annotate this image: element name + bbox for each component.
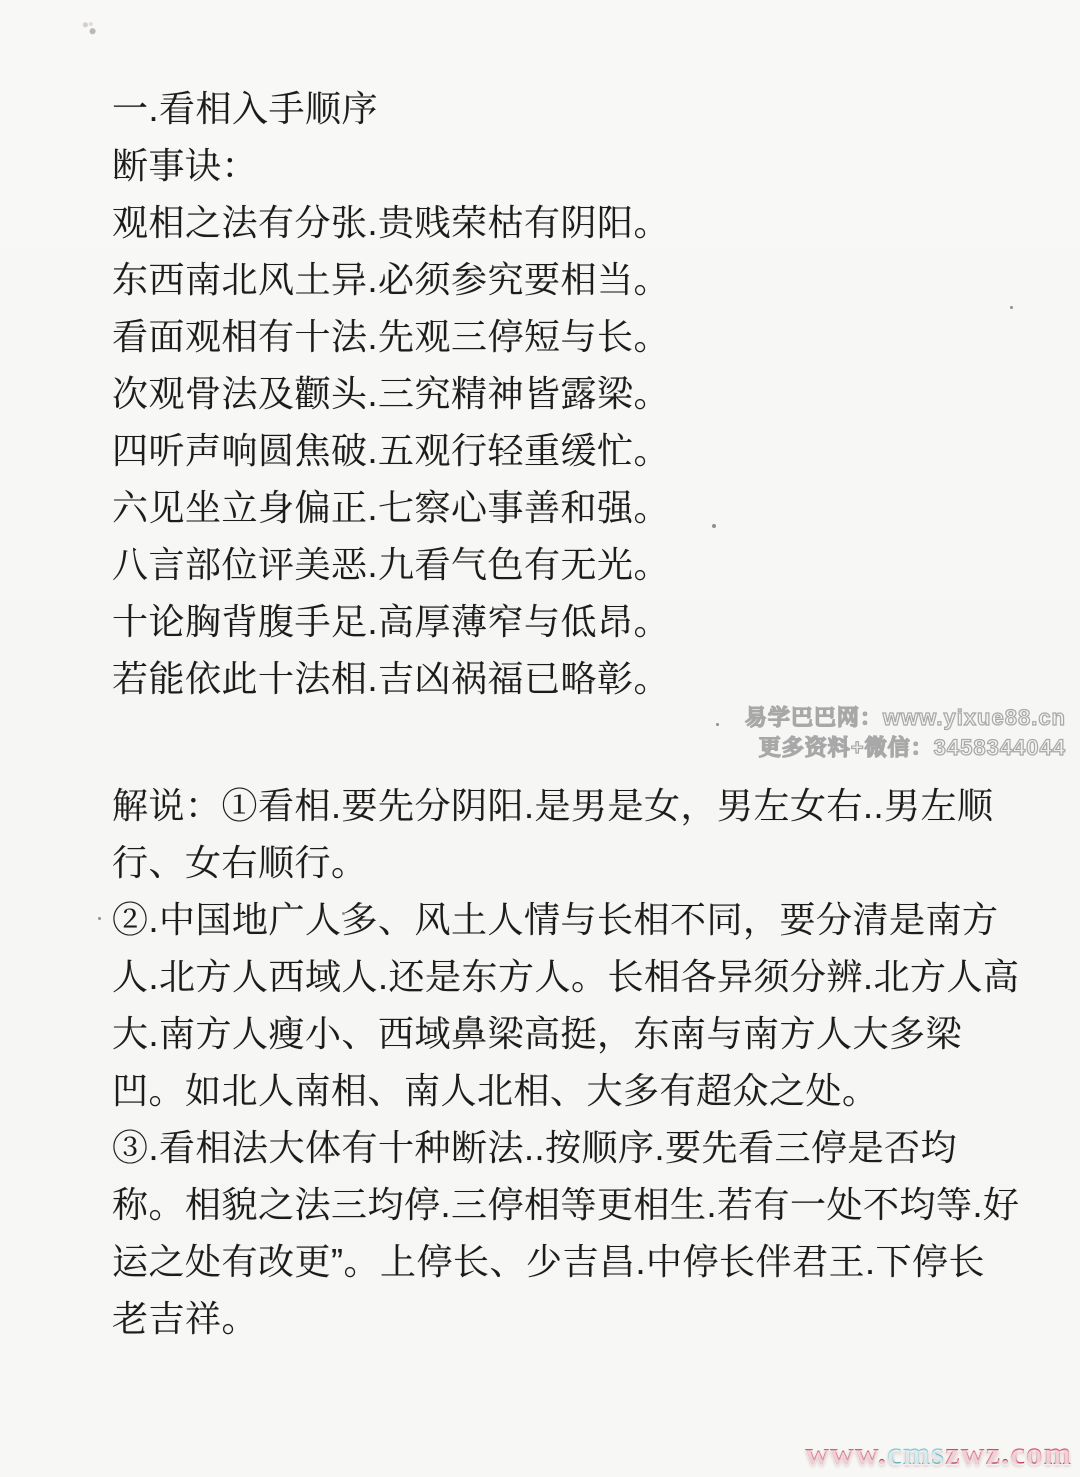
- scan-speck: [98, 917, 101, 920]
- poem-line: 观相之法有分张.贵贱荣枯有阴阳。: [112, 194, 1062, 251]
- url-watermark: www.cmszwz.com: [805, 1437, 1072, 1471]
- section-subtitle: 断事诀：: [112, 137, 1062, 194]
- poem-line: 看面观相有十法.先观三停短与长。: [112, 308, 1062, 365]
- poem-line: 八言部位评美恶.九看气色有无光。: [112, 536, 1062, 593]
- poem-block: 观相之法有分张.贵贱荣枯有阴阳。 东西南北风土异.必须参究要相当。 看面观相有十…: [112, 194, 1062, 707]
- poem-line: 四听声响圆焦破.五观行轻重缓忙。: [112, 422, 1062, 479]
- commentary-line: 老吉祥。: [112, 1290, 1062, 1347]
- url-watermark-segment: zwz.com: [945, 1436, 1072, 1472]
- scanned-page: 一.看相入手顺序 断事诀： 观相之法有分张.贵贱荣枯有阴阳。 东西南北风土异.必…: [0, 0, 1080, 1477]
- url-watermark-segment: cms: [887, 1436, 945, 1472]
- commentary-line: 解说：①看相.要先分阴阳.是男是女，男左女右..男左顺: [112, 777, 1062, 834]
- page-title: 一.看相入手顺序: [112, 80, 1062, 137]
- commentary-line: 凹。如北人南相、南人北相、大多有超众之处。: [112, 1062, 1062, 1119]
- commentary-line: 人.北方人西域人.还是东方人。长相各异须分辨.北方人高: [112, 948, 1062, 1005]
- site-watermark-line1: 易学巴巴网：www.yixue88.cn: [745, 703, 1066, 733]
- poem-line: 若能依此十法相.吉凶祸福已略彰。: [112, 650, 1062, 707]
- poem-line: 次观骨法及颧头.三究精神皆露梁。: [112, 365, 1062, 422]
- commentary-line: 称。相貌之法三均停.三停相等更相生.若有一处不均等.好: [112, 1176, 1062, 1233]
- commentary-line: 行、女右顺行。: [112, 834, 1062, 891]
- commentary-line: ②.中国地广人多、风土人情与长相不同，要分清是南方: [112, 891, 1062, 948]
- commentary-line: 大.南方人瘦小、西域鼻梁高挺，东南与南方人大多梁: [112, 1005, 1062, 1062]
- scan-smudge: [80, 20, 98, 36]
- commentary-block: 解说：①看相.要先分阴阳.是男是女，男左女右..男左顺 行、女右顺行。 ②.中国…: [112, 777, 1062, 1347]
- commentary-line: ③.看相法大体有十种断法..按顺序.要先看三停是否均: [112, 1119, 1062, 1176]
- poem-line: 十论胸背腹手足.高厚薄窄与低昂。: [112, 593, 1062, 650]
- site-watermark-line2: 更多资料+微信：3458344044: [745, 733, 1066, 763]
- site-watermark: 易学巴巴网：www.yixue88.cn 更多资料+微信：3458344044: [745, 703, 1066, 763]
- commentary-line: 运之处有改更”。上停长、少吉昌.中停长伴君王.下停长: [112, 1233, 1062, 1290]
- url-watermark-segment: www.: [805, 1436, 887, 1472]
- poem-line: 东西南北风土异.必须参究要相当。: [112, 251, 1062, 308]
- poem-line: 六见坐立身偏正.七察心事善和强。: [112, 479, 1062, 536]
